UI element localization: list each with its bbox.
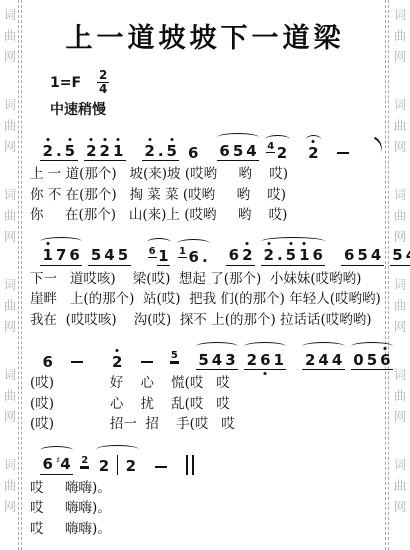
note: 1 <box>298 247 311 264</box>
note-group: 2.516 <box>261 247 325 266</box>
high-octave-dot <box>103 138 106 141</box>
note-group: 62 <box>226 247 255 266</box>
watermark-char: 曲 <box>392 205 408 226</box>
watermark-gap <box>2 517 18 544</box>
final-barline <box>186 455 194 475</box>
watermark-char: 词 <box>2 454 18 475</box>
note-group: 22 <box>96 455 138 475</box>
watermark-char: 曲 <box>392 475 408 496</box>
high-octave-dot <box>312 140 315 143</box>
note-group: 654 <box>217 143 259 162</box>
watermark-char: 网 <box>2 46 18 67</box>
dashed-border-left <box>18 0 19 550</box>
dash-note <box>141 361 153 363</box>
note: 4 <box>369 247 382 264</box>
note: 6 <box>186 145 199 162</box>
watermark-char: 词 <box>392 184 408 205</box>
note: 2 <box>262 247 275 264</box>
grace-note: 2 <box>80 455 89 467</box>
high-octave-dot <box>46 138 49 141</box>
note: . <box>156 143 165 160</box>
watermark-char: 词 <box>392 4 408 25</box>
note: 6 <box>311 247 324 264</box>
watermark-char: 网 <box>392 136 408 157</box>
note: 2 <box>110 354 123 371</box>
watermark-char: 词 <box>2 364 18 385</box>
note: 2 <box>124 458 137 475</box>
lyrics-line-1: 上 一 道(那个) 坡(来)坡 (哎哟 哟 哎)你 不 在(那个) 掏 菜 菜 … <box>30 164 380 226</box>
high-octave-dot <box>90 138 93 141</box>
watermark-char: 曲 <box>2 25 18 46</box>
lyrics-line-1-row-1: 上 一 道(那个) 坡(来)坡 (哎哟 哟 哎) <box>30 164 380 185</box>
watermark-right: 词曲网词曲网词曲网词曲网词曲网词曲网 <box>392 4 408 550</box>
dash-note <box>155 466 167 468</box>
note: 1 <box>272 352 285 369</box>
note: 5 <box>89 247 102 264</box>
time-signature-denominator: 4 <box>97 82 109 96</box>
high-octave-dot <box>170 138 173 141</box>
note: 4 <box>245 143 258 160</box>
note: 2 <box>98 143 111 160</box>
high-octave-dot <box>267 242 270 245</box>
note-group <box>131 361 163 370</box>
watermark-gap <box>2 67 18 94</box>
lyrics-line-1-row-2: 你 不 在(那个) 掏 菜 菜 (哎哟 哟 哎) <box>30 185 380 206</box>
note: 5 <box>356 247 369 264</box>
lyrics-line-1-row-3: 你 在(那个) 山(来)上 (哎哟 哟 哎) <box>30 205 380 226</box>
watermark-char: 网 <box>2 496 18 517</box>
lyrics-line-3-row-1: (哎) 好 心 慌(哎 哎 <box>30 373 380 394</box>
note-group: 5 <box>169 358 180 370</box>
watermark-char: 曲 <box>392 295 408 316</box>
note: 4 <box>330 352 343 369</box>
watermark-char: 曲 <box>392 115 408 136</box>
note-group <box>145 466 177 475</box>
note: 5 <box>197 352 210 369</box>
high-octave-dot <box>117 138 120 141</box>
watermark-char: 网 <box>392 496 408 517</box>
grace-note: 1 <box>178 246 187 258</box>
grace-note: 6 <box>148 246 157 258</box>
watermark-char: 网 <box>392 226 408 247</box>
note-group <box>327 152 359 161</box>
score: 2.52212.56654422上 一 道(那个) 坡(来)坡 (哎哟 哟 哎)… <box>30 126 380 539</box>
high-octave-dot <box>46 242 49 245</box>
note-group: 545 <box>88 247 130 266</box>
breath-mark <box>369 137 387 155</box>
note: 2 <box>97 458 110 475</box>
note-group: 2 <box>306 145 321 162</box>
sharp-icon: ♯ <box>56 456 60 466</box>
note-group: 2.5 <box>40 143 78 162</box>
watermark-char: 曲 <box>2 385 18 406</box>
dashed-border-right <box>388 0 389 550</box>
lyrics-line-4-row-3: 哎 嗨嗨)。 <box>30 519 380 540</box>
note: 2 <box>143 143 156 160</box>
watermark-gap <box>392 157 408 184</box>
note-group: 654 <box>341 247 383 266</box>
watermark-char: 词 <box>2 274 18 295</box>
score-line-1: 2.52212.56654422上 一 道(那个) 坡(来)坡 (哎哟 哟 哎)… <box>30 126 380 226</box>
note-group: 261 <box>244 352 286 371</box>
key-time-row: 1=F 2 4 <box>50 69 380 96</box>
note: 7 <box>54 247 67 264</box>
score-line-2: 1765456116.622.516654542下一 道哎咳) 梁(哎) 想起 … <box>30 233 380 331</box>
song-title: 上一道坡坡下一道梁 <box>30 16 380 55</box>
score-line-3: 625543261244056(哎) 好 心 慌(哎 哎(哎) 心 扰 乱(哎 … <box>30 337 380 435</box>
note: 5 <box>63 143 76 160</box>
notation-line-1: 2.52212.56654422 <box>30 126 380 161</box>
note-group: 16. <box>177 249 210 266</box>
lyrics-line-3-row-3: (哎) 招一 招 手(哎 哎 <box>30 414 380 435</box>
note: 6 <box>187 249 200 266</box>
watermark-gap <box>392 337 408 364</box>
note: 1 <box>41 247 54 264</box>
note: 5 <box>365 352 378 369</box>
score-line-4: 6♯4222哎 嗨嗨)。哎 嗨嗨)。哎 嗨嗨)。 <box>30 442 380 540</box>
high-octave-dot <box>68 138 71 141</box>
lyrics-line-3: (哎) 好 心 慌(哎 哎(哎) 心 扰 乱(哎 哎(哎) 招一 招 手(哎 哎 <box>30 373 380 435</box>
note-group: 6 <box>40 354 55 371</box>
dash-note <box>337 152 349 154</box>
notation-line-2: 1765456116.622.516654542 <box>30 233 380 266</box>
lyrics-line-4: 哎 嗨嗨)。哎 嗨嗨)。哎 嗨嗨)。 <box>30 478 380 540</box>
low-octave-dot <box>264 372 267 375</box>
note: 4 <box>210 352 223 369</box>
watermark-gap <box>392 427 408 454</box>
note: ♯4 <box>54 456 72 473</box>
note: . <box>275 247 284 264</box>
note: 5 <box>231 143 244 160</box>
grace-note: 4 <box>266 141 275 153</box>
notation-line-3: 625543261244056 <box>30 337 380 370</box>
lyrics-line-2: 下一 道哎咳) 梁(哎) 想起 了(那个) 小妹妹(哎哟哟)崖畔 上(的那个) … <box>30 269 380 331</box>
watermark-gap <box>2 337 18 364</box>
high-octave-dot <box>148 138 151 141</box>
note: 5 <box>391 247 404 264</box>
watermark-char: 曲 <box>2 475 18 496</box>
note-group: 2.5 <box>142 143 180 162</box>
note: 5 <box>165 143 178 160</box>
note: 6 <box>259 352 272 369</box>
lyrics-line-3-row-2: (哎) 心 扰 乱(哎 哎 <box>30 394 380 415</box>
watermark-char: 词 <box>392 454 408 475</box>
watermark-char: 网 <box>392 406 408 427</box>
watermark-char: 网 <box>392 46 408 67</box>
note-group: 176 <box>40 247 82 266</box>
note: 2 <box>303 352 316 369</box>
note: 6 <box>68 247 81 264</box>
high-octave-dot <box>303 242 306 245</box>
high-octave-dot <box>384 347 387 350</box>
watermark-char: 曲 <box>392 385 408 406</box>
note: 2 <box>307 145 320 162</box>
note: 1 <box>111 143 124 160</box>
watermark-char: 词 <box>392 94 408 115</box>
note: 4 <box>404 247 410 264</box>
note: . <box>200 249 209 266</box>
lyrics-line-2-row-1: 下一 道哎咳) 梁(哎) 想起 了(那个) 小妹妹(哎哟哟) <box>30 269 380 290</box>
note: 6 <box>227 247 240 264</box>
watermark-char: 曲 <box>392 25 408 46</box>
grace-note: 5 <box>170 350 179 362</box>
notation-line-4: 6♯4222 <box>30 442 380 475</box>
lyrics-line-2-row-2: 崖畔 上(的那个) 站(哎) 把我 们(的那个) 年轻人(哎哟哟) <box>30 289 380 310</box>
watermark-char: 网 <box>2 406 18 427</box>
dashed-border-right-inner <box>385 0 386 550</box>
note: 2 <box>241 247 254 264</box>
watermark-char: 词 <box>392 274 408 295</box>
note: 4 <box>317 352 330 369</box>
lyrics-line-2-row-3: 我在 (哎哎咳) 沟(哎) 探不 上(的那个) 拉话话(哎哟哟) <box>30 310 380 331</box>
watermark-char: 词 <box>2 4 18 25</box>
note-group: 244 <box>302 352 344 371</box>
high-octave-dot <box>116 349 119 352</box>
note: . <box>54 143 63 160</box>
watermark-gap <box>392 67 408 94</box>
note-group: 6♯4 <box>40 456 73 475</box>
dashed-border-left-inner <box>21 0 22 550</box>
note-group <box>365 139 390 161</box>
watermark-gap <box>2 427 18 454</box>
note: 0 <box>352 352 365 369</box>
lyrics-line-4-row-2: 哎 嗨嗨)。 <box>30 498 380 519</box>
note-group: 2 <box>109 354 124 371</box>
high-octave-dot <box>289 242 292 245</box>
watermark-char: 网 <box>2 136 18 157</box>
note: 2 <box>275 145 288 162</box>
note: 5 <box>284 247 297 264</box>
time-signature-numerator: 2 <box>99 69 107 82</box>
note-group: 221 <box>84 143 126 162</box>
note: 6 <box>379 352 392 369</box>
watermark-char: 曲 <box>2 115 18 136</box>
note: 3 <box>224 352 237 369</box>
note: 4 <box>103 247 116 264</box>
note-group: 542 <box>390 247 410 266</box>
key-signature: 1=F <box>50 75 81 91</box>
note: 6 <box>218 143 231 160</box>
watermark-char: 词 <box>2 184 18 205</box>
high-octave-dot <box>246 242 249 245</box>
note-group: 056 <box>351 352 393 371</box>
note-group: 2 <box>79 463 90 475</box>
watermark-char: 曲 <box>2 205 18 226</box>
watermark-left: 词曲网词曲网词曲网词曲网词曲网词曲网 <box>2 4 18 550</box>
note: 1 <box>157 248 170 266</box>
note: 2 <box>245 352 258 369</box>
note-group: 6 <box>185 145 200 162</box>
watermark-char: 网 <box>2 316 18 337</box>
tempo-marking: 中速稍慢 <box>50 99 380 119</box>
watermark-char: 词 <box>392 364 408 385</box>
note-group <box>61 361 93 370</box>
time-signature: 2 4 <box>97 69 109 96</box>
watermark-char: 曲 <box>2 295 18 316</box>
watermark-char: 网 <box>2 226 18 247</box>
note: 2 <box>85 143 98 160</box>
note: 6 <box>41 456 54 473</box>
note: 5 <box>116 247 129 264</box>
note-group: 61 <box>147 248 171 266</box>
barline <box>117 455 119 475</box>
note: 2 <box>41 143 54 160</box>
note: 6 <box>41 354 54 371</box>
watermark-gap <box>2 157 18 184</box>
lyrics-line-4-row-1: 哎 嗨嗨)。 <box>30 478 380 499</box>
watermark-char: 词 <box>2 94 18 115</box>
sheet-music-page: 上一道坡坡下一道梁 1=F 2 4 中速稍慢 2.52212.56654422上… <box>30 0 380 539</box>
note-group: 543 <box>196 352 238 371</box>
note: 6 <box>342 247 355 264</box>
watermark-gap <box>392 517 408 544</box>
dash-note <box>71 361 83 363</box>
watermark-gap <box>2 247 18 274</box>
watermark-char: 网 <box>392 316 408 337</box>
note-group: 42 <box>265 145 289 162</box>
